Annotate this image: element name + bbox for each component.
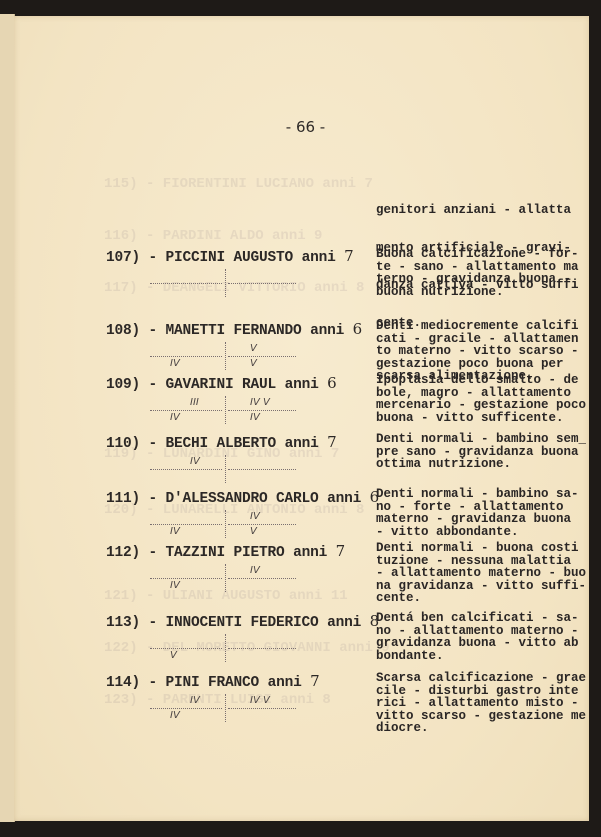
quadrant-upper-left: IV (190, 457, 200, 467)
entry-heading: 114) - PINI FRANCO anni 7 (106, 672, 366, 691)
entry-heading: 110) - BECHI ALBERTO anni 7 (106, 433, 366, 452)
patient-entry: 110) - BECHI ALBERTO anni 7IV (106, 433, 366, 485)
entry-heading: 111) - D'ALESSANDRO CARLO anni 6 (106, 488, 366, 507)
dental-chart: VIVV (150, 342, 300, 372)
age-label: anni (268, 675, 302, 691)
quadrant-upper-right: IV (250, 512, 260, 522)
chart-horizontal-left (150, 469, 222, 470)
entry-number: 110) (106, 436, 140, 452)
description-line: Denti normali - buona costi (376, 542, 586, 555)
chart-vertical-divider (225, 510, 226, 538)
patient-name: PINI FRANCO (166, 675, 260, 691)
entry-description: Denti normali - buona costituzione - nes… (376, 542, 586, 605)
chart-horizontal-left (150, 356, 222, 357)
patient-entry: 111) - D'ALESSANDRO CARLO anni 6IVIVV (106, 488, 366, 540)
entry-number: 114) (106, 675, 140, 691)
patient-name: GAVARINI RAUL (166, 377, 277, 393)
patient-entry: 108) - MANETTI FERNANDO anni 6VIVV (106, 320, 366, 372)
patient-name: PICCINI AUGUSTO (166, 250, 294, 266)
quadrant-lower-left: IV (170, 413, 180, 423)
dental-chart: V (150, 634, 300, 664)
description-line: Scarsa calcificazione - grae (376, 672, 586, 685)
quadrant-lower-right: V (250, 359, 257, 369)
age-label: anni (327, 491, 361, 507)
dental-chart (150, 269, 300, 299)
age-label: anni (310, 323, 344, 339)
description-line: Denti mediocremente calcifi (376, 320, 586, 333)
age-label: anni (293, 545, 327, 561)
patient-age: 7 (310, 672, 319, 690)
entry-heading: 113) - INNOCENTI FEDERICO anni 8 (106, 612, 366, 631)
description-line: buona nutrizione. (376, 286, 586, 299)
description-line: Denti normali - bambino sa- (376, 488, 586, 501)
patient-age: 6 (353, 320, 362, 338)
quadrant-lower-left: IV (170, 359, 180, 369)
description-line: gravidanza buona - vitto ab (376, 637, 586, 650)
quadrant-upper-right: IV V (250, 696, 270, 706)
patient-name: MANETTI FERNANDO (166, 323, 302, 339)
age-label: anni (285, 377, 319, 393)
patient-name: TAZZINI PIETRO (166, 545, 285, 561)
entry-description: Scarsa calcificazione - graecile - distu… (376, 672, 586, 735)
quadrant-upper-right: V (250, 344, 257, 354)
description-line: mercenario - gestazione poco (376, 399, 586, 412)
chart-vertical-divider (225, 694, 226, 722)
patient-name: D'ALESSANDRO CARLO (166, 491, 319, 507)
chart-vertical-divider (225, 396, 226, 424)
chart-horizontal-left (150, 708, 222, 709)
quadrant-lower-left: IV (170, 581, 180, 591)
patient-entry: 109) - GAVARINI RAUL anni 6IIIIV VIVIV (106, 374, 366, 426)
description-line: terno - gravidanza buona - (376, 273, 586, 286)
chart-horizontal-left (150, 648, 222, 649)
description-line: - vitto abbondante. (376, 526, 586, 539)
description-line: Ipoplasia dello smalto - de (376, 374, 586, 387)
description-line: cente. (376, 592, 586, 605)
page-number: - 66 - (14, 118, 589, 136)
chart-horizontal-right (228, 578, 296, 579)
entry-heading: 107) - PICCINI AUGUSTO anni 7 (106, 247, 366, 266)
description-line: diocre. (376, 722, 586, 735)
quadrant-lower-left: V (170, 651, 177, 661)
chart-vertical-divider (225, 342, 226, 370)
entry-description: Buona calcificazione - for-te - sano - a… (376, 248, 586, 298)
description-line: bondante. (376, 650, 586, 663)
show-through-text: 115) - FIORENTINI LUCIANO anni 7 (104, 176, 373, 192)
age-label: anni (302, 250, 336, 266)
entry-number: 113) (106, 615, 140, 631)
quadrant-upper-right: IV (250, 566, 260, 576)
entry-description: Ipoplasia dello smalto - debole, magro -… (376, 374, 586, 424)
dental-chart: IIIIV VIVIV (150, 396, 300, 426)
entry-description: Dentá ben calcificati - sa-no - allattam… (376, 612, 586, 662)
quadrant-upper-right: IV V (250, 398, 270, 408)
quadrant-lower-left: IV (170, 711, 180, 721)
chart-horizontal-left (150, 410, 222, 411)
entry-description: Denti normali - bambino sem_pre sano - g… (376, 433, 586, 471)
chart-vertical-divider (225, 455, 226, 483)
description-line: Buona calcificazione - for- (376, 248, 586, 261)
entry-description: Denti normali - bambino sa-no - forte - … (376, 488, 586, 538)
entry-heading: 109) - GAVARINI RAUL anni 6 (106, 374, 366, 393)
description-line: genitori anziani - allatta (376, 204, 586, 217)
chart-horizontal-right (228, 356, 296, 357)
chart-horizontal-right (228, 708, 296, 709)
age-label: anni (285, 436, 319, 452)
quadrant-lower-right: V (250, 527, 257, 537)
adjacent-page-edge (0, 14, 15, 822)
quadrant-upper-left: IV (190, 696, 200, 706)
age-label: anni (327, 615, 361, 631)
entry-number: 109) (106, 377, 140, 393)
quadrant-lower-left: IV (170, 527, 180, 537)
entry-heading: 112) - TAZZINI PIETRO anni 7 (106, 542, 366, 561)
patient-entry: 112) - TAZZINI PIETRO anni 7IVIV (106, 542, 366, 594)
chart-horizontal-left (150, 524, 222, 525)
chart-horizontal-right (228, 283, 296, 284)
description-line: buona - vitto sufficente. (376, 412, 586, 425)
chart-horizontal-right (228, 524, 296, 525)
patient-name: BECHI ALBERTO (166, 436, 277, 452)
dental-chart: IVIVV (150, 510, 300, 540)
patient-entry: 114) - PINI FRANCO anni 7IVIV VIV (106, 672, 366, 724)
patient-age: 7 (327, 433, 336, 451)
entry-number: 111) (106, 491, 140, 507)
chart-horizontal-left (150, 283, 222, 284)
chart-vertical-divider (225, 634, 226, 662)
description-line: rici - allattamento misto - (376, 697, 586, 710)
description-line: Denti normali - bambino sem_ (376, 433, 586, 446)
description-line: ottima nutrizione. (376, 458, 586, 471)
dental-chart: IV (150, 455, 300, 485)
patient-age: 7 (336, 542, 345, 560)
chart-horizontal-right (228, 410, 296, 411)
description-line: materno - gravidanza buona (376, 513, 586, 526)
chart-horizontal-right (228, 469, 296, 470)
quadrant-lower-right: IV (250, 413, 260, 423)
entry-number: 112) (106, 545, 140, 561)
patient-age: 6 (327, 374, 336, 392)
patient-entry: 113) - INNOCENTI FEDERICO anni 8V (106, 612, 366, 664)
entry-number: 107) (106, 250, 140, 266)
document-page: - 66 - 115) - FIORENTINI LUCIANO anni 7 … (14, 16, 589, 821)
description-line: to materno - vitto scarso - (376, 345, 586, 358)
description-line: - allattamento materno - buo (376, 567, 586, 580)
patient-age: 7 (344, 247, 353, 265)
entry-number: 108) (106, 323, 140, 339)
chart-horizontal-right (228, 648, 296, 649)
chart-vertical-divider (225, 564, 226, 592)
show-through-text: 116) - PARDINI ALDO anni 9 (104, 228, 322, 244)
patient-name: INNOCENTI FEDERICO (166, 615, 319, 631)
quadrant-upper-left: III (190, 398, 199, 408)
dental-chart: IVIV VIV (150, 694, 300, 724)
patient-entry: 107) - PICCINI AUGUSTO anni 7 (106, 247, 366, 299)
chart-vertical-divider (225, 269, 226, 297)
dental-chart: IVIV (150, 564, 300, 594)
description-line: Dentá ben calcificati - sa- (376, 612, 586, 625)
entry-heading: 108) - MANETTI FERNANDO anni 6 (106, 320, 366, 339)
chart-horizontal-left (150, 578, 222, 579)
